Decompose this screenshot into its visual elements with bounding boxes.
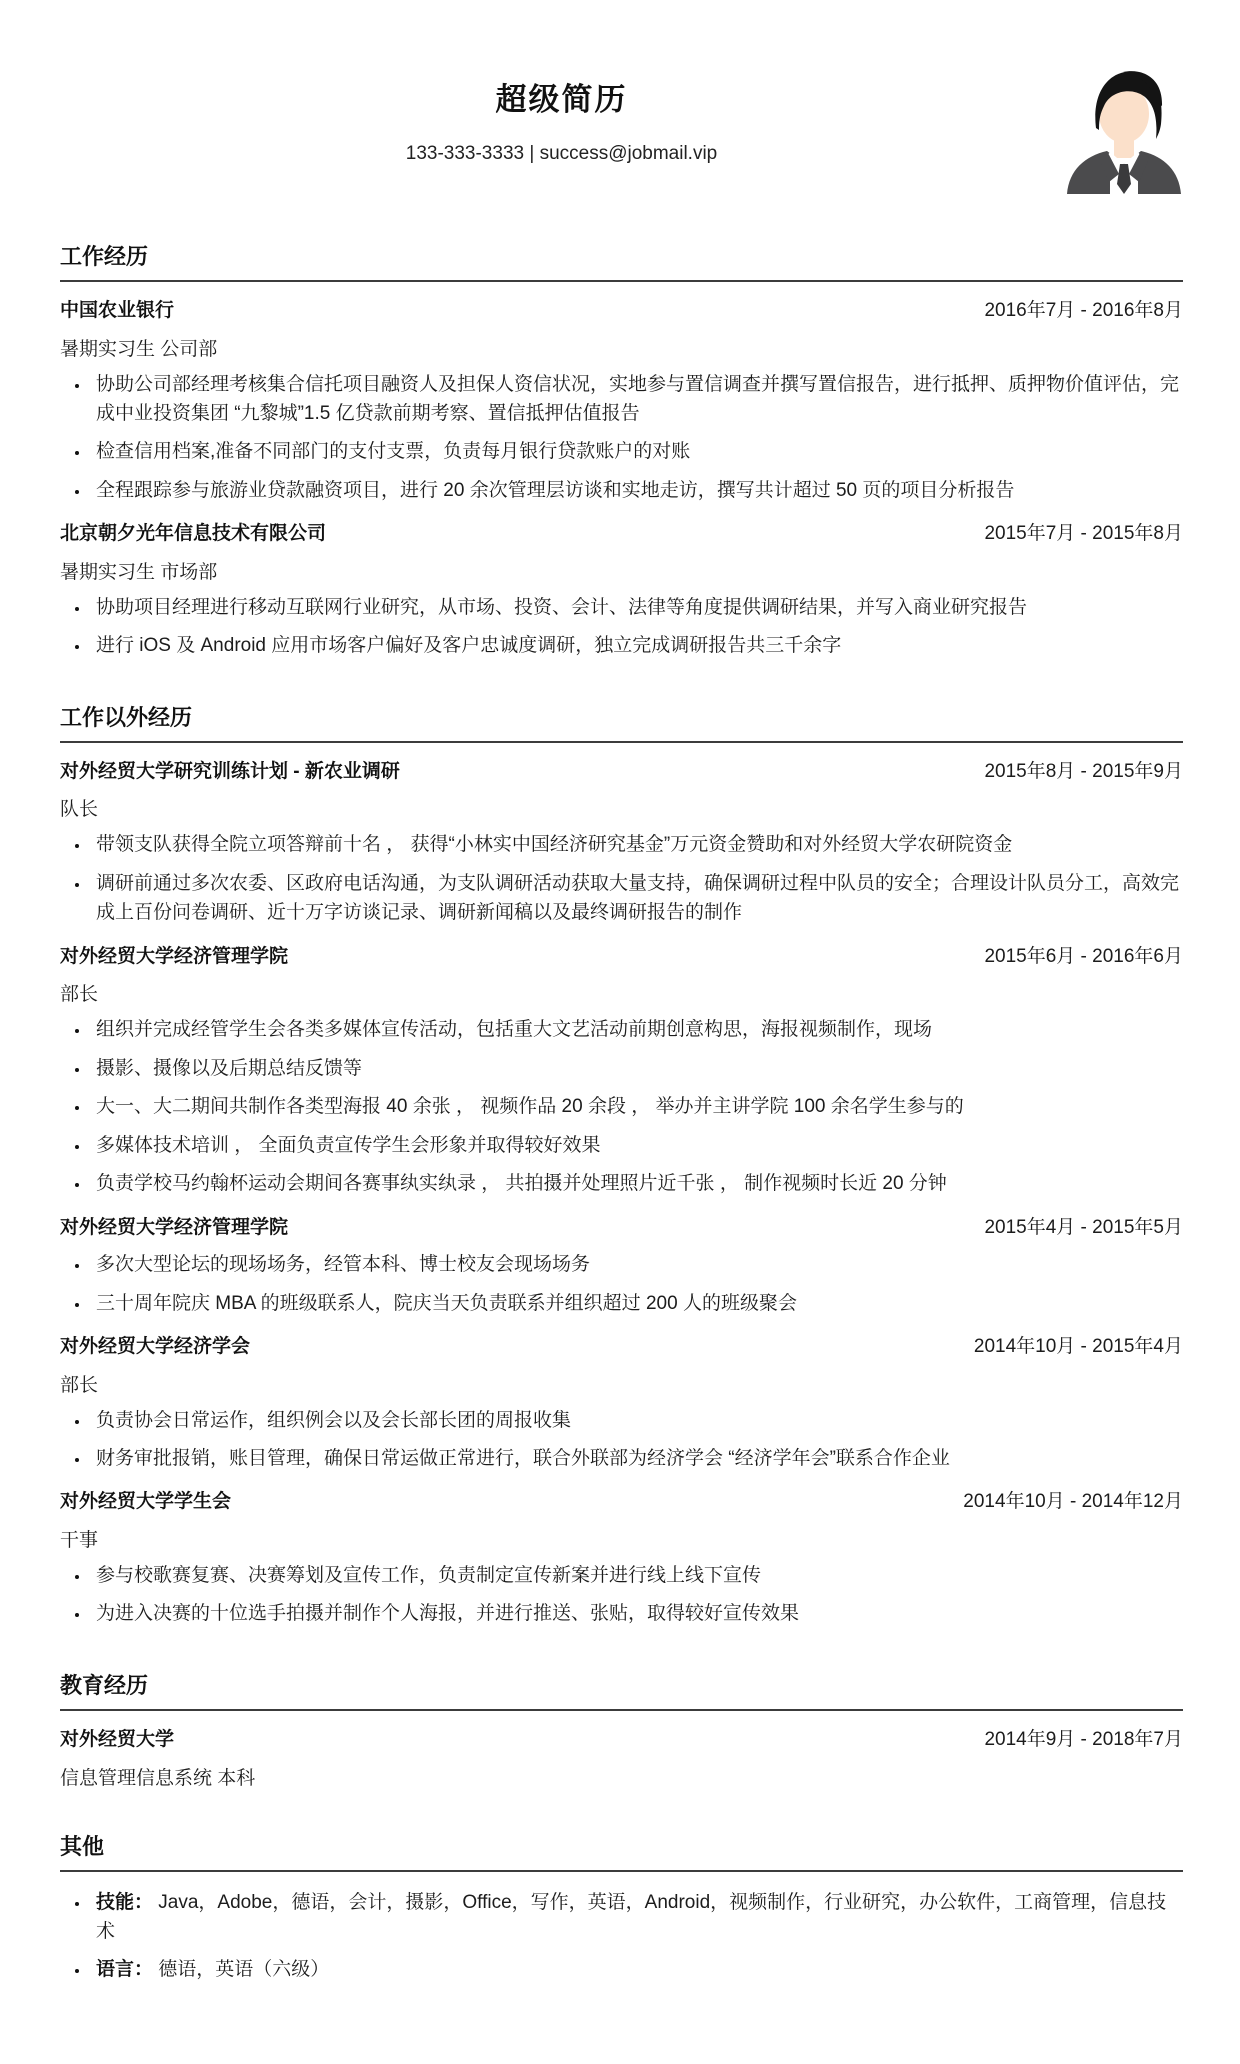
resume-section: 工作以外经历 对外经贸大学研究训练计划 - 新农业调研 2015年8月 - 20… — [60, 701, 1183, 1629]
section-entries: 对外经贸大学 2014年9月 - 2018年7月 信息管理信息系统 本科 — [60, 1727, 1183, 1790]
entry-bullets: 协助项目经理进行移动互联网行业研究，从市场、投资、会计、法律等角度提供调研结果，… — [60, 593, 1183, 661]
entry-date: 2015年7月 - 2015年8月 — [984, 521, 1183, 548]
entry-header-row: 中国农业银行 2016年7月 - 2016年8月 — [60, 298, 1183, 325]
bullet-item: 带领支队获得全院立项答辩前十名 ， 获得“小林实中国经济研究基金”万元资金赞助和… — [90, 830, 1183, 859]
bullet-item: 参与校歌赛复赛、决赛筹划及宣传工作，负责制定宣传新案并进行线上线下宣传 — [90, 1561, 1183, 1590]
bullet-item: 调研前通过多次农委、区政府电话沟通，为支队调研活动获取大量支持，确保调研过程中队… — [90, 869, 1183, 928]
bullet-text: 德语，英语（六级） — [153, 1959, 329, 1980]
resume-section: 教育经历 对外经贸大学 2014年9月 - 2018年7月 信息管理信息系统 本… — [60, 1669, 1183, 1790]
entry-org: 对外经贸大学经济学会 — [60, 1334, 250, 1361]
entry-header-row: 对外经贸大学经济学会 2014年10月 - 2015年4月 — [60, 1334, 1183, 1361]
bullet-item: 全程跟踪参与旅游业贷款融资项目，进行 20 余次管理层访谈和实地走访，撰写共计超… — [90, 476, 1183, 505]
experience-entry: 对外经贸大学研究训练计划 - 新农业调研 2015年8月 - 2015年9月 队… — [60, 759, 1183, 928]
entry-org: 对外经贸大学研究训练计划 - 新农业调研 — [60, 759, 400, 786]
entry-bullets: 参与校歌赛复赛、决赛筹划及宣传工作，负责制定宣传新案并进行线上线下宣传为进入决赛… — [60, 1561, 1183, 1629]
section-title: 工作经历 — [60, 240, 1183, 282]
bullet-item: 协助公司部经理考核集合信托项目融资人及担保人资信状况，实地参与置信调查并撰写置信… — [90, 370, 1183, 429]
entry-header-row: 对外经贸大学经济管理学院 2015年6月 - 2016年6月 — [60, 944, 1183, 971]
section-title: 工作以外经历 — [60, 701, 1183, 743]
header-text: 超级简历 133-333-3333 | success@jobmail.vip — [60, 64, 1063, 165]
entry-role: 信息管理信息系统 本科 — [60, 1763, 1183, 1790]
section-title: 教育经历 — [60, 1669, 1183, 1711]
entry-role: 部长 — [60, 1370, 1183, 1397]
entry-header-row: 对外经贸大学研究训练计划 - 新农业调研 2015年8月 - 2015年9月 — [60, 759, 1183, 786]
experience-entry: 对外经贸大学经济管理学院 2015年6月 - 2016年6月 部长 组织并完成经… — [60, 944, 1183, 1199]
entry-date: 2014年9月 - 2018年7月 — [984, 1727, 1183, 1754]
entry-date: 2014年10月 - 2014年12月 — [963, 1489, 1183, 1516]
bullet-item: 组织并完成经管学生会各类多媒体宣传活动，包括重大文艺活动前期创意构思，海报视频制… — [90, 1015, 1183, 1044]
bullet-label: 语言： — [96, 1959, 153, 1980]
profile-photo-icon — [1063, 64, 1183, 194]
entry-date: 2014年10月 - 2015年4月 — [974, 1334, 1183, 1361]
resume-header: 超级简历 133-333-3333 | success@jobmail.vip — [60, 64, 1183, 194]
entry-date: 2015年4月 - 2015年5月 — [984, 1215, 1183, 1242]
entry-header-row: 对外经贸大学经济管理学院 2015年4月 - 2015年5月 — [60, 1215, 1183, 1242]
entry-org: 对外经贸大学 — [60, 1727, 174, 1754]
experience-entry: 中国农业银行 2016年7月 - 2016年8月 暑期实习生 公司部 协助公司部… — [60, 298, 1183, 505]
experience-entry: 对外经贸大学 2014年9月 - 2018年7月 信息管理信息系统 本科 — [60, 1727, 1183, 1790]
bullet-item: 检查信用档案,准备不同部门的支付支票，负责每月银行贷款账户的对账 — [90, 437, 1183, 466]
bullet-item: 为进入决赛的十位选手拍摄并制作个人海报，并进行推送、张贴，取得较好宣传效果 — [90, 1599, 1183, 1628]
bullet-item: 多次大型论坛的现场场务，经管本科、博士校友会现场场务 — [90, 1250, 1183, 1279]
bullet-item: 语言： 德语，英语（六级） — [90, 1955, 1183, 1984]
entry-header-row: 对外经贸大学学生会 2014年10月 - 2014年12月 — [60, 1489, 1183, 1516]
resume-body: 工作经历 中国农业银行 2016年7月 - 2016年8月 暑期实习生 公司部 … — [60, 240, 1183, 1985]
experience-entry: 对外经贸大学学生会 2014年10月 - 2014年12月 干事 参与校歌赛复赛… — [60, 1489, 1183, 1628]
bullet-item: 协助项目经理进行移动互联网行业研究，从市场、投资、会计、法律等角度提供调研结果，… — [90, 593, 1183, 622]
section-entries: 中国农业银行 2016年7月 - 2016年8月 暑期实习生 公司部 协助公司部… — [60, 298, 1183, 661]
contact-line: 133-333-3333 | success@jobmail.vip — [60, 143, 1063, 165]
section-entries: 技能： Java，Adobe，德语，会计，摄影，Office，写作，英语，And… — [60, 1888, 1183, 1985]
entry-role: 暑期实习生 市场部 — [60, 557, 1183, 584]
entry-org: 对外经贸大学学生会 — [60, 1489, 231, 1516]
entry-bullets: 负责协会日常运作，组织例会以及会长部长团的周报收集财务审批报销，账目管理，确保日… — [60, 1406, 1183, 1474]
bullet-label: 技能： — [96, 1892, 153, 1913]
entry-bullets: 组织并完成经管学生会各类多媒体宣传活动，包括重大文艺活动前期创意构思，海报视频制… — [60, 1015, 1183, 1198]
resume-section: 工作经历 中国农业银行 2016年7月 - 2016年8月 暑期实习生 公司部 … — [60, 240, 1183, 661]
entry-header-row: 北京朝夕光年信息技术有限公司 2015年7月 - 2015年8月 — [60, 521, 1183, 548]
bullet-item: 摄影、摄像以及后期总结反馈等 — [90, 1054, 1183, 1083]
bullet-item: 进行 iOS 及 Android 应用市场客户偏好及客户忠诚度调研，独立完成调研… — [90, 631, 1183, 660]
bullet-item: 技能： Java，Adobe，德语，会计，摄影，Office，写作，英语，And… — [90, 1888, 1183, 1947]
resume-page: 超级简历 133-333-3333 | success@jobmail.vip — [0, 0, 1240, 2064]
entry-org: 北京朝夕光年信息技术有限公司 — [60, 521, 326, 548]
bullet-item: 三十周年院庆 MBA 的班级联系人，院庆当天负责联系并组织超过 200 人的班级… — [90, 1289, 1183, 1318]
experience-entry: 对外经贸大学经济管理学院 2015年4月 - 2015年5月 多次大型论坛的现场… — [60, 1215, 1183, 1318]
section-title: 其他 — [60, 1830, 1183, 1872]
bullet-item: 财务审批报销，账目管理，确保日常运做正常进行，联合外联部为经济学会 “经济学年会… — [90, 1444, 1183, 1473]
entry-org: 中国农业银行 — [60, 298, 174, 325]
bullet-item: 负责学校马约翰杯运动会期间各赛事纨实纨录 ， 共拍摄并处理照片近千张 ， 制作视… — [90, 1169, 1183, 1198]
entry-bullets: 带领支队获得全院立项答辩前十名 ， 获得“小林实中国经济研究基金”万元资金赞助和… — [60, 830, 1183, 927]
entry-role: 队长 — [60, 794, 1183, 821]
entry-org: 对外经贸大学经济管理学院 — [60, 1215, 288, 1242]
entry-org: 对外经贸大学经济管理学院 — [60, 944, 288, 971]
entry-bullets: 多次大型论坛的现场场务，经管本科、博士校友会现场场务三十周年院庆 MBA 的班级… — [60, 1250, 1183, 1318]
entry-role: 暑期实习生 公司部 — [60, 334, 1183, 361]
entry-role: 部长 — [60, 979, 1183, 1006]
entry-date: 2015年8月 - 2015年9月 — [984, 759, 1183, 786]
bullet-item: 负责协会日常运作，组织例会以及会长部长团的周报收集 — [90, 1406, 1183, 1435]
entry-role: 干事 — [60, 1525, 1183, 1552]
resume-section: 其他 技能： Java，Adobe，德语，会计，摄影，Office，写作，英语，… — [60, 1830, 1183, 1985]
bullet-text: Java，Adobe，德语，会计，摄影，Office，写作，英语，Android… — [96, 1892, 1166, 1942]
entry-bullets: 技能： Java，Adobe，德语，会计，摄影，Office，写作，英语，And… — [60, 1888, 1183, 1985]
experience-entry: 技能： Java，Adobe，德语，会计，摄影，Office，写作，英语，And… — [60, 1888, 1183, 1985]
entry-bullets: 协助公司部经理考核集合信托项目融资人及担保人资信状况，实地参与置信调查并撰写置信… — [60, 370, 1183, 506]
section-entries: 对外经贸大学研究训练计划 - 新农业调研 2015年8月 - 2015年9月 队… — [60, 759, 1183, 1629]
entry-date: 2016年7月 - 2016年8月 — [984, 298, 1183, 325]
bullet-item: 大一、大二期间共制作各类型海报 40 余张 ， 视频作品 20 余段 ， 举办并… — [90, 1092, 1183, 1121]
entry-date: 2015年6月 - 2016年6月 — [984, 944, 1183, 971]
experience-entry: 对外经贸大学经济学会 2014年10月 - 2015年4月 部长 负责协会日常运… — [60, 1334, 1183, 1473]
page-title: 超级简历 — [60, 74, 1063, 119]
bullet-item: 多媒体技术培训 ， 全面负责宣传学生会形象并取得较好效果 — [90, 1131, 1183, 1160]
entry-header-row: 对外经贸大学 2014年9月 - 2018年7月 — [60, 1727, 1183, 1754]
experience-entry: 北京朝夕光年信息技术有限公司 2015年7月 - 2015年8月 暑期实习生 市… — [60, 521, 1183, 660]
